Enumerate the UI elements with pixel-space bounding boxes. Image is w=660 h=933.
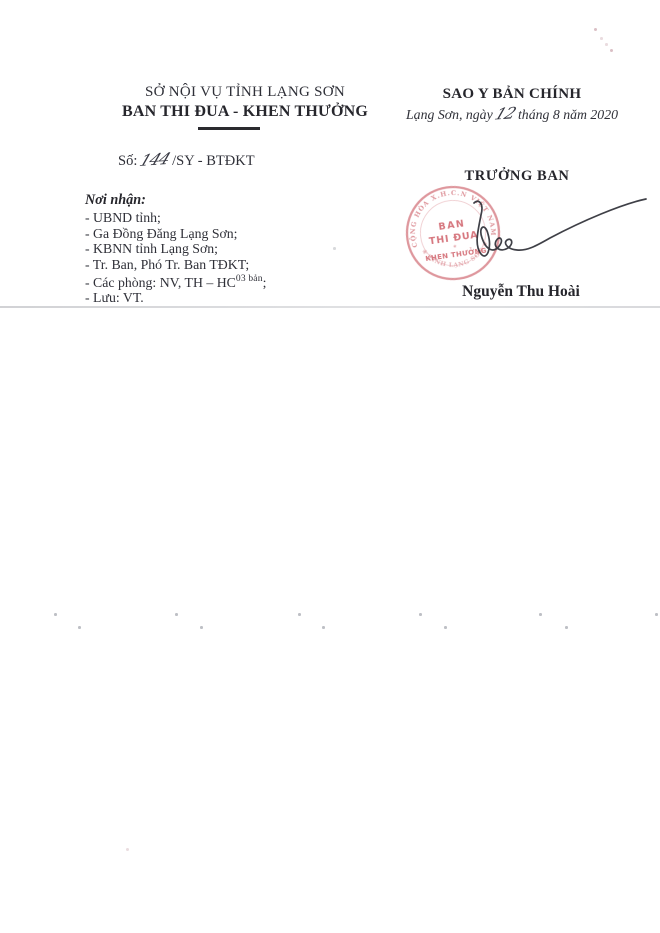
ref-suffix: /SY - BTĐKT: [172, 153, 254, 169]
scan-speck: [610, 49, 613, 52]
scan-artifact-rule: [0, 306, 660, 308]
copy-certification-title: SAO Y BẢN CHÍNH: [398, 86, 626, 103]
scan-speck: [126, 848, 129, 851]
scan-speck: [298, 613, 301, 616]
copy-certification-block: SAO Y BẢN CHÍNH Lạng Sơn, ngày 12 tháng …: [398, 86, 626, 123]
scan-speck: [419, 613, 422, 616]
scan-speck: [565, 626, 568, 629]
recipient-item: - Các phòng: NV, TH – HC03 bản;: [85, 272, 267, 290]
recipient-item: - Ga Đồng Đăng Lạng Sơn;: [85, 226, 267, 241]
ref-label: Số:: [118, 153, 137, 169]
recipient-item: - Lưu: VT.: [85, 290, 267, 305]
scan-speck: [444, 626, 447, 629]
recipients-heading: Nơi nhận:: [85, 193, 267, 208]
scan-speck: [539, 613, 542, 616]
recipient-item: - UBND tỉnh;: [85, 210, 267, 225]
place-date-line: Lạng Sơn, ngày 12 tháng 8 năm 2020: [398, 104, 626, 123]
scan-speck: [333, 247, 336, 250]
recipient-item: - Tr. Ban, Phó Tr. Ban TĐKT;: [85, 257, 267, 272]
signature-stroke: [430, 175, 660, 275]
signer-name: Nguyễn Thu Hoài: [430, 283, 612, 301]
org-parent-name: SỞ NỘI VỤ TỈNH LẠNG SƠN: [120, 84, 370, 101]
date-prefix: Lạng Sơn, ngày: [406, 107, 493, 122]
issuing-org-block: SỞ NỘI VỤ TỈNH LẠNG SƠN BAN THI ĐUA - KH…: [120, 84, 370, 121]
recipients-block: Nơi nhận: - UBND tỉnh; - Ga Đồng Đăng Lạ…: [85, 193, 267, 306]
scan-speck: [175, 613, 178, 616]
recipient-item: - KBNN tỉnh Lạng Sơn;: [85, 241, 267, 256]
date-suffix: tháng 8 năm 2020: [518, 107, 618, 122]
org-name: BAN THI ĐUA - KHEN THƯỞNG: [120, 103, 370, 121]
scan-speck: [655, 613, 658, 616]
scanned-document-page: SỞ NỘI VỤ TỈNH LẠNG SƠN BAN THI ĐUA - KH…: [0, 0, 660, 933]
scan-speck: [605, 43, 608, 46]
handwritten-signature: [430, 175, 660, 275]
scan-speck: [600, 37, 603, 40]
ref-number-handwritten: 144: [137, 149, 172, 170]
scan-speck: [78, 626, 81, 629]
date-day-handwritten: 12: [492, 103, 518, 123]
scan-speck: [322, 626, 325, 629]
scan-speck: [54, 613, 57, 616]
org-header-underline: [198, 127, 260, 130]
scan-speck: [594, 28, 597, 31]
copies-superscript: 03 bản: [236, 274, 263, 284]
scan-speck: [200, 626, 203, 629]
reference-number-line: Số: 144 /SY - BTĐKT: [118, 150, 255, 170]
